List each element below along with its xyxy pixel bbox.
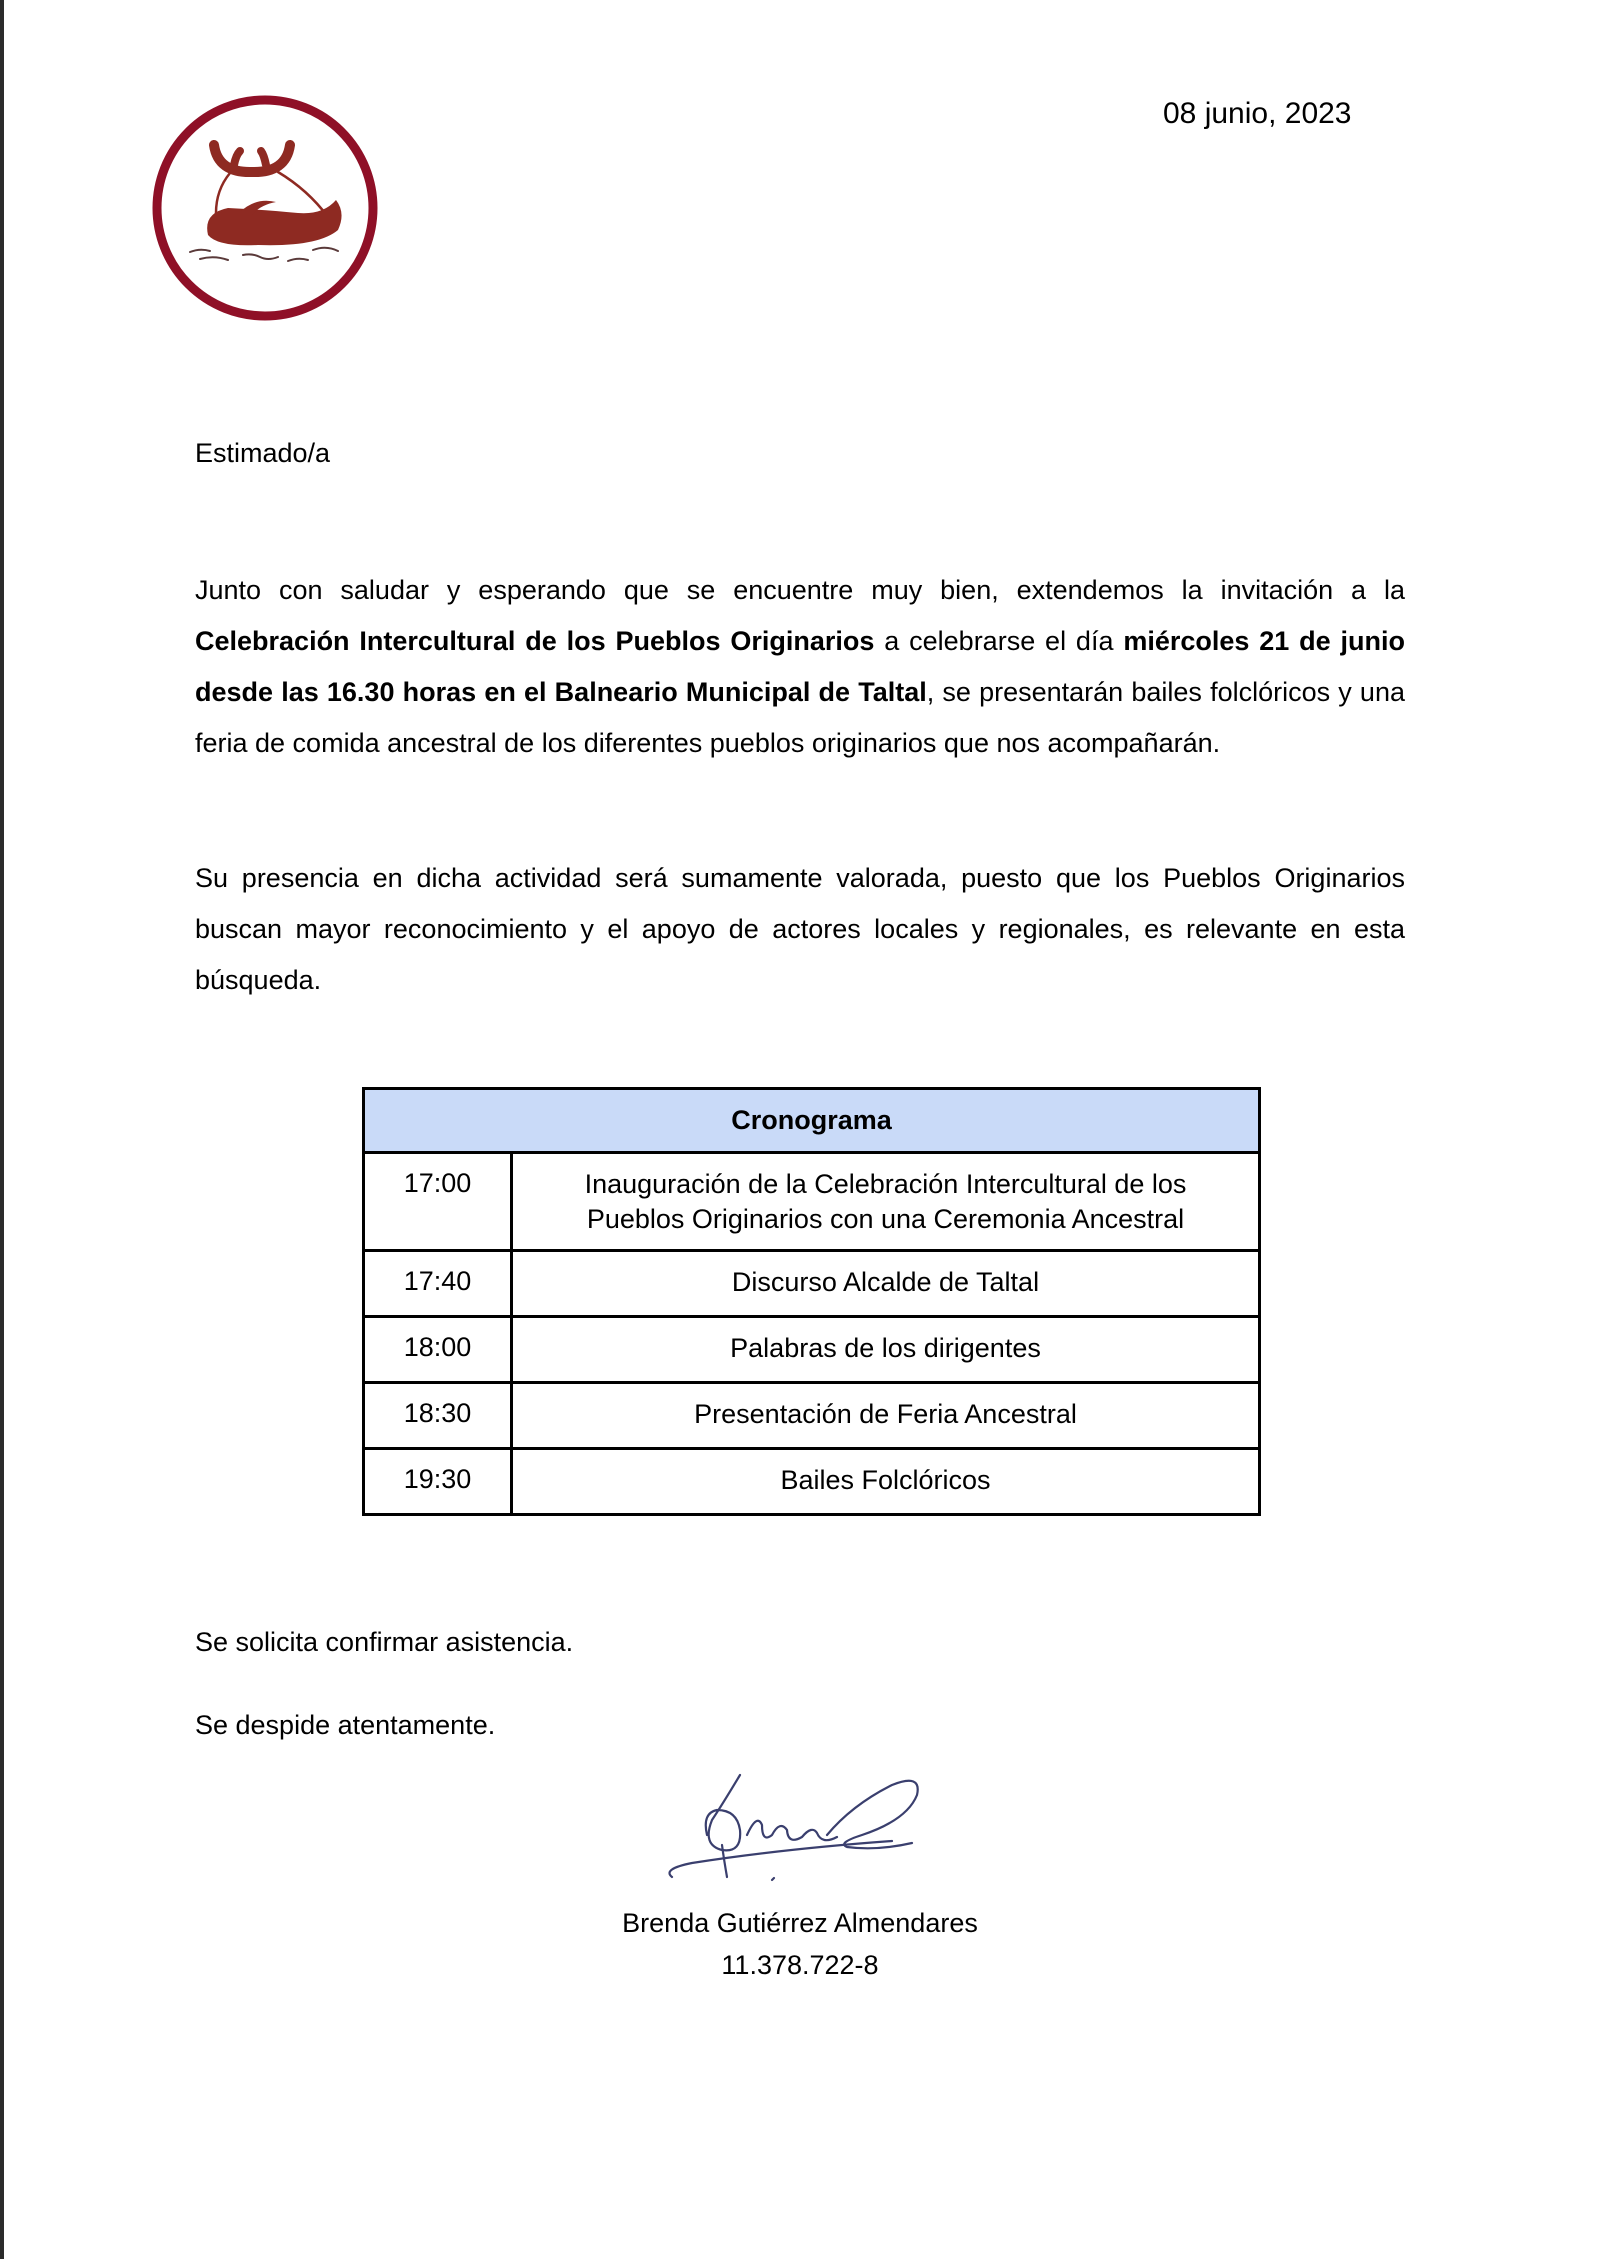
schedule-time: 19:30 [364, 1449, 512, 1515]
schedule-activity: Inauguración de la Celebración Intercult… [512, 1153, 1260, 1251]
boat-with-antlers-logo-icon [148, 95, 384, 321]
schedule-activity: Discurso Alcalde de Taltal [512, 1251, 1260, 1317]
greeting: Estimado/a [195, 437, 330, 469]
letter-date: 08 junio, 2023 [1163, 96, 1352, 132]
table-row: 18:00 Palabras de los dirigentes [364, 1317, 1260, 1383]
paragraph-text: Junto con saludar y esperando que se enc… [195, 575, 1405, 605]
signer-id: 11.378.722-8 [500, 1949, 1100, 1981]
emphasized-text: Celebración Intercultural de los Pueblos… [195, 626, 874, 656]
table-row: 17:40 Discurso Alcalde de Taltal [364, 1251, 1260, 1317]
schedule-activity: Bailes Folclóricos [512, 1449, 1260, 1515]
schedule-time: 17:00 [364, 1153, 512, 1251]
handwritten-signature-icon [662, 1765, 942, 1885]
confirm-attendance-note: Se solicita confirmar asistencia. [195, 1626, 573, 1658]
schedule-time: 17:40 [364, 1251, 512, 1317]
schedule-activity: Palabras de los dirigentes [512, 1317, 1260, 1383]
presence-paragraph: Su presencia en dicha actividad será sum… [195, 853, 1405, 1006]
schedule-time: 18:30 [364, 1383, 512, 1449]
table-row: 19:30 Bailes Folclóricos [364, 1449, 1260, 1515]
schedule-table: Cronograma 17:00 Inauguración de la Cele… [362, 1087, 1261, 1516]
paragraph-text: a celebrarse el día [874, 626, 1123, 656]
table-row: 17:00 Inauguración de la Celebración Int… [364, 1153, 1260, 1251]
schedule-activity: Presentación de Feria Ancestral [512, 1383, 1260, 1449]
page-edge [0, 0, 4, 2259]
table-row: 18:30 Presentación de Feria Ancestral [364, 1383, 1260, 1449]
invitation-paragraph: Junto con saludar y esperando que se enc… [195, 565, 1405, 769]
schedule-title: Cronograma [364, 1089, 1260, 1153]
signer-name: Brenda Gutiérrez Almendares [500, 1907, 1100, 1939]
schedule-time: 18:00 [364, 1317, 512, 1383]
farewell: Se despide atentamente. [195, 1709, 495, 1741]
paragraph-text: Su presencia en dicha actividad será sum… [195, 863, 1405, 995]
